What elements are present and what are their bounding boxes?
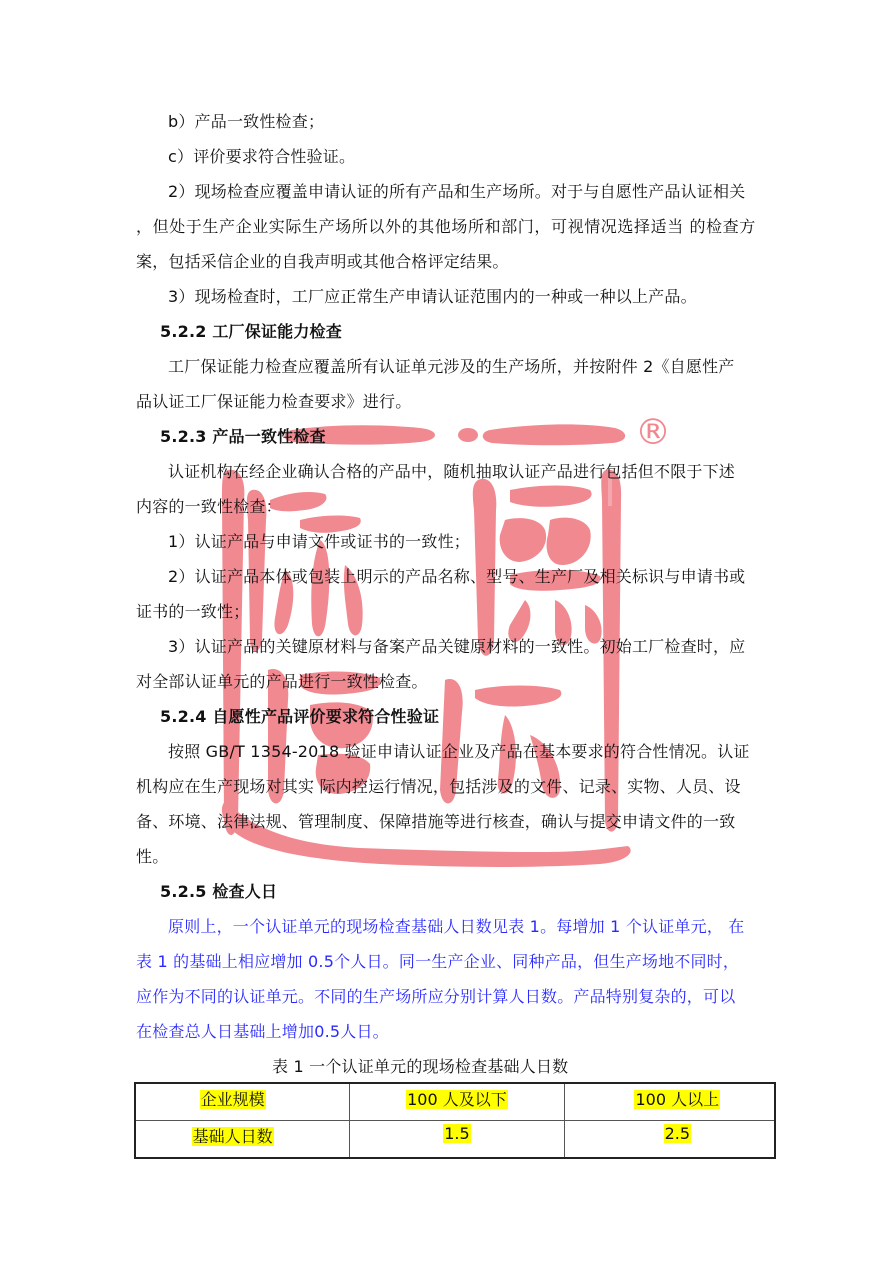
section-heading-5-2-5: 5.2.5 检查人日 [160, 881, 800, 903]
document-body: b）产品一致性检查； c）评价要求符合性验证。 2）现场检查应覆盖申请认证的所有… [0, 0, 893, 1263]
paragraph-line-blue: 表 1 的基础上相应增加 0.5个人日。同一生产企业、同种产品，但生产场地不同时… [136, 951, 776, 973]
table-cell: 1.5 [350, 1121, 564, 1159]
table-cell: 2.5 [564, 1121, 775, 1159]
table-cell: 100 人以上 [564, 1083, 775, 1121]
list-item-1: 1）认证产品与申请文件或证书的一致性； [168, 531, 808, 553]
table-cell: 基础人日数 [135, 1121, 350, 1159]
value-100-or-fewer: 1.5 [443, 1124, 470, 1143]
paragraph-line: 工厂保证能力检查应覆盖所有认证单元涉及的生产场所，并按附件 2《自愿性产 [168, 356, 808, 378]
paragraph-line: 机构应在生产现场对其实 际内控运行情况，包括涉及的文件、记录、实物、人员、设 [136, 776, 776, 798]
section-title: 检查人日 [212, 882, 277, 901]
list-item-3: 3）认证产品的关键原材料与备案产品关键原材料的一致性。初始工厂检查时，应 [168, 636, 808, 658]
section-number: 5.2.3 [160, 427, 207, 446]
section-number: 5.2.5 [160, 882, 207, 901]
header-100-or-fewer: 100 人及以下 [406, 1090, 508, 1109]
section-heading-5-2-4: 5.2.4 自愿性产品评价要求符合性验证 [160, 706, 800, 728]
section-heading-5-2-2: 5.2.2 工厂保证能力检查 [160, 321, 800, 343]
paragraph-item-3: 3）现场检查时，工厂应正常生产申请认证范围内的一种或一种以上产品。 [168, 286, 808, 308]
inspection-days-table: 企业规模 100 人及以下 100 人以上 基础人日数 1.5 2.5 [134, 1082, 776, 1159]
section-title: 工厂保证能力检查 [212, 322, 342, 341]
paragraph-line: 对全部认证单元的产品进行一致性检查。 [136, 671, 776, 693]
header-enterprise-scale: 企业规模 [200, 1090, 266, 1109]
paragraph-continuation: ，但处于生产企业实际生产场所以外的其他场所和部门，可视情况选择适当 的检查方 [136, 216, 776, 238]
section-number: 5.2.4 [160, 707, 207, 726]
paragraph-line: 品认证工厂保证能力检查要求》进行。 [136, 391, 776, 413]
paragraph-item-2: 2）现场检查应覆盖申请认证的所有产品和生产场所。对于与自愿性产品认证相关 [168, 181, 808, 203]
list-item-2: 2）认证产品本体或包装上明示的产品名称、型号、生产厂及相关标识与申请书或 [168, 566, 808, 588]
header-over-100: 100 人以上 [634, 1090, 720, 1109]
row-label-base-days: 基础人日数 [192, 1127, 274, 1146]
paragraph-line-blue: 应作为不同的认证单元。不同的生产场所应分别计算人日数。产品特别复杂的，可以 [136, 986, 776, 1008]
paragraph-line: 性。 [136, 846, 776, 868]
table-header-row: 企业规模 100 人及以下 100 人以上 [135, 1083, 775, 1121]
paragraph-line: 证书的一致性； [136, 601, 776, 623]
list-item-c: c）评价要求符合性验证。 [168, 146, 808, 168]
paragraph-line: 备、环境、法律法规、管理制度、保障措施等进行核查，确认与提交申请文件的一致 [136, 811, 776, 833]
table-cell: 企业规模 [135, 1083, 350, 1121]
section-number: 5.2.2 [160, 322, 207, 341]
section-title: 产品一致性检查 [212, 427, 325, 446]
table-cell: 100 人及以下 [350, 1083, 564, 1121]
section-title: 自愿性产品评价要求符合性验证 [212, 707, 439, 726]
section-heading-5-2-3: 5.2.3 产品一致性检查 [160, 426, 800, 448]
document-page: ® b）产品一致性检查； c）评价要求符合性验证。 2）现场检查应覆盖申请认证的… [0, 0, 893, 1263]
paragraph-line-blue: 原则上，一个认证单元的现场检查基础人日数见表 1。每增加 1 个认证单元， 在 [168, 916, 808, 938]
paragraph-continuation: 案，包括采信企业的自我声明或其他合格评定结果。 [136, 251, 776, 273]
list-item-b: b）产品一致性检查； [168, 111, 808, 133]
paragraph-line: 按照 GB/T 1354-2018 验证申请认证企业及产品在基本要求的符合性情况… [168, 741, 808, 763]
paragraph-line: 认证机构在经企业确认合格的产品中，随机抽取认证产品进行包括但不限于下述 [168, 461, 808, 483]
value-over-100: 2.5 [664, 1124, 691, 1143]
table-caption: 表 1 一个认证单元的现场检查基础人日数 [272, 1056, 893, 1078]
table-row: 基础人日数 1.5 2.5 [135, 1121, 775, 1159]
paragraph-line: 内容的一致性检查： [136, 496, 776, 518]
paragraph-line-blue: 在检查总人日基础上增加0.5人日。 [136, 1021, 776, 1043]
